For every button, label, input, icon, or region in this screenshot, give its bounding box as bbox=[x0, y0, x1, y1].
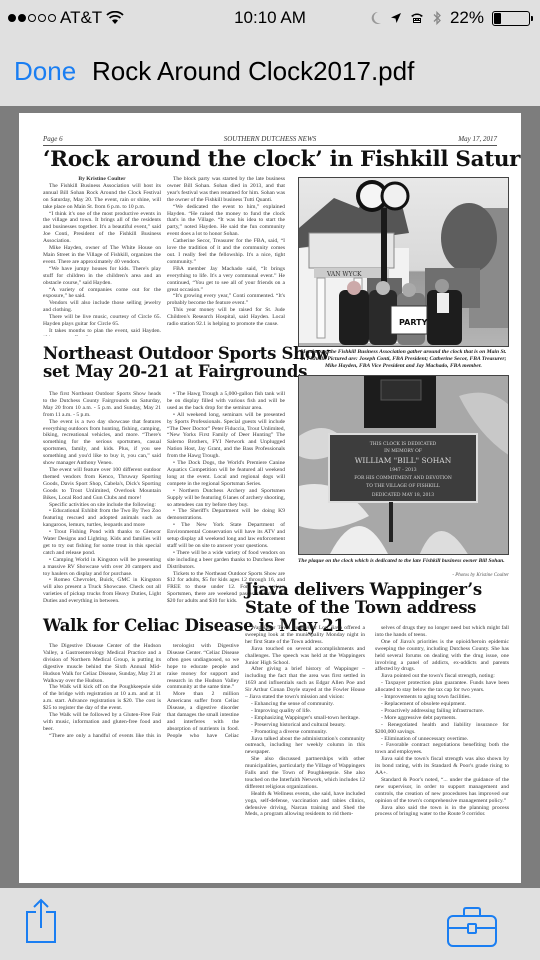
paragraph: One of Jiava's priorities is the opioid/… bbox=[375, 639, 509, 674]
svg-text:TO THE VILLAGE OF FISHKILL: TO THE VILLAGE OF FISHKILL bbox=[366, 483, 440, 489]
clock-photo-image: VAN WYCK PAR bbox=[299, 178, 509, 347]
paragraph: “We dedicated the event to him,” explain… bbox=[167, 204, 285, 239]
headline-line: Jiava delivers Wappinger’s bbox=[245, 581, 482, 599]
battery-percent: 22% bbox=[450, 8, 484, 28]
headline-sports-show: Northeast Outdoor Sports Show set May 20… bbox=[43, 345, 329, 382]
paragraph: - Renegotiated health and liability insu… bbox=[375, 722, 509, 736]
issue-date: May 17, 2017 bbox=[458, 135, 497, 143]
paragraph: More than 2 million Americans suffer fro… bbox=[167, 691, 239, 738]
pdf-viewer[interactable]: Page 6 SOUTHERN DUTCHESS NEWS May 17, 20… bbox=[0, 106, 540, 888]
done-button[interactable]: Done bbox=[14, 56, 76, 87]
svg-text:1947 - 2013: 1947 - 2013 bbox=[389, 467, 416, 473]
paragraph: The Fishkill Business Association will h… bbox=[43, 183, 161, 211]
paragraph: - Taxpayer protection plan guarantee. Fu… bbox=[375, 680, 509, 694]
paragraph: selves of drugs they no longer need but … bbox=[375, 625, 509, 639]
article-jiava-col2: selves of drugs they no longer need but … bbox=[375, 625, 509, 870]
paragraph: - Emphasizing Wappinger's small-town her… bbox=[245, 715, 365, 722]
paragraph: • Educational Exhibit from the Two By Tw… bbox=[43, 508, 161, 529]
plaque-photo-image: THIS CLOCK IS DEDICATED IN MEMORY OF WIL… bbox=[299, 376, 509, 555]
bottom-toolbar bbox=[0, 888, 540, 960]
article-jiava-col1: Wappinger Town Supervisor Lori Jiava off… bbox=[245, 625, 365, 870]
photo-caption-clock: Members of the Fishkill Business Associa… bbox=[298, 349, 509, 369]
paragraph: • There will be a wide variety of food v… bbox=[167, 550, 285, 571]
article-celiac-col1: The Digestive Disease Center of the Huds… bbox=[43, 643, 161, 738]
location-arrow-icon bbox=[390, 12, 402, 24]
paragraph: The event is a two day showcase that fea… bbox=[43, 419, 161, 467]
svg-text:PARTY: PARTY bbox=[399, 318, 428, 327]
paragraph: - Promoting a diverse community. bbox=[245, 729, 365, 736]
tty-icon bbox=[410, 12, 424, 24]
headline-jiava: Jiava delivers Wappinger’s State of the … bbox=[245, 581, 482, 618]
headline-line: State of the Town address bbox=[245, 599, 482, 617]
article-sports-col1: The first Northeast Outdoor Sports Show … bbox=[43, 391, 161, 603]
paragraph: She also discussed partnerships with oth… bbox=[245, 756, 365, 791]
headline-line: Northeast Outdoor Sports Show bbox=[43, 345, 329, 363]
nav-bar: Done Rock Around Clock2017.pdf bbox=[0, 38, 540, 106]
paragraph: The Walk will kick off on the Poughkeeps… bbox=[43, 684, 161, 712]
paragraph: - Improving quality of life. bbox=[245, 708, 365, 715]
headline-line: set May 20-21 at Fairgrounds bbox=[43, 363, 329, 381]
paragraph: • The Hawg Trough a 5,000-gallon fish ta… bbox=[167, 391, 285, 412]
svg-text:THIS CLOCK IS DEDICATED: THIS CLOCK IS DEDICATED bbox=[370, 441, 437, 447]
paragraph: - More aggressive debt payments. bbox=[375, 715, 509, 722]
paragraph: This year money will be raised for St. J… bbox=[167, 307, 285, 328]
paragraph: The Walk will be followed by a Gluten-Fr… bbox=[43, 712, 161, 733]
paragraph: “It's growing every year,” Conti comment… bbox=[167, 293, 285, 307]
paragraph: - Replacement of obsolete equipment. bbox=[375, 701, 509, 708]
paragraph: • Camping World in Kingston will be pres… bbox=[43, 557, 161, 578]
paragraph: - Preserving historical and cultural bea… bbox=[245, 722, 365, 729]
article-celiac-col2: terologist with Digestive Disease Center… bbox=[167, 643, 239, 738]
svg-text:DEDICATED MAY 18, 2013: DEDICATED MAY 18, 2013 bbox=[372, 492, 434, 498]
photo-credit: - Photos by Kristine Coulter bbox=[298, 573, 509, 578]
paragraph: It takes months to plan the event, said … bbox=[43, 328, 161, 336]
paragraph: The Digestive Disease Center of the Huds… bbox=[43, 643, 161, 684]
paragraph: - Enhancing the sense of community. bbox=[245, 701, 365, 708]
svg-text:FOR HIS COMMITMENT AND DEVOTIO: FOR HIS COMMITMENT AND DEVOTION bbox=[354, 475, 452, 481]
paragraph: The first Northeast Outdoor Sports Show … bbox=[43, 391, 161, 419]
paragraph: • All weekend long, seminars will be pre… bbox=[167, 412, 285, 460]
paragraph: “There are only a handful of events like… bbox=[43, 733, 161, 738]
photo-caption-plaque: The plaque on the clock which is dedicat… bbox=[298, 558, 509, 565]
paragraph: • The Dock Dogs, the World's Premiere Ca… bbox=[167, 460, 285, 488]
tools-button[interactable] bbox=[446, 906, 498, 953]
photo-clock-group: VAN WYCK PAR bbox=[298, 177, 509, 347]
moon-icon bbox=[370, 11, 382, 25]
document-title: Rock Around Clock2017.pdf bbox=[92, 56, 414, 87]
status-right: 22% bbox=[370, 8, 530, 28]
paragraph: Jiava talked about the administration's … bbox=[245, 736, 365, 757]
bluetooth-icon bbox=[432, 10, 442, 26]
paragraph: Standard & Poor's noted, “... under the … bbox=[375, 777, 509, 805]
paragraph: “I think it's one of the most productive… bbox=[43, 211, 161, 246]
paragraph: • The Sheriff's Department will be doing… bbox=[167, 508, 285, 522]
paragraph: - Proactively addressing failing infrast… bbox=[375, 708, 509, 715]
share-button[interactable] bbox=[24, 898, 58, 949]
svg-text:WILLIAM "BILL" SOHAN: WILLIAM "BILL" SOHAN bbox=[355, 456, 452, 465]
paragraph: Jiava said the town's fiscal strength wa… bbox=[375, 756, 509, 777]
paragraph: • The New York State Department of Envir… bbox=[167, 522, 285, 550]
running-header: Page 6 SOUTHERN DUTCHESS NEWS May 17, 20… bbox=[43, 135, 497, 146]
paragraph: FBA member Jay Machado said, “It brings … bbox=[167, 266, 285, 294]
paragraph: • Northern Dutchess Archery and Sportsme… bbox=[167, 488, 285, 509]
paragraph: “We have jumpy houses for kids. There's … bbox=[43, 266, 161, 287]
paragraph: • Trout Fishing Pond with thanks to Glen… bbox=[43, 529, 161, 557]
photo-plaque: THIS CLOCK IS DEDICATED IN MEMORY OF WIL… bbox=[298, 375, 509, 555]
paragraph: “A variety of companies come out for the… bbox=[43, 287, 161, 301]
paragraph: terologist with Digestive Disease Center… bbox=[167, 643, 239, 691]
paragraph: Jiava also said the town is in the plann… bbox=[375, 805, 509, 819]
battery-icon bbox=[492, 11, 530, 26]
paragraph: Jiava pointed out the town's fiscal stre… bbox=[375, 673, 509, 680]
paragraph: Wappinger Town Supervisor Lori Jiava off… bbox=[245, 625, 365, 646]
paragraph: - Favorable contract negotiations benefi… bbox=[375, 742, 509, 756]
pdf-page: Page 6 SOUTHERN DUTCHESS NEWS May 17, 20… bbox=[19, 113, 521, 883]
paragraph: Mike Hayden, owner of The White House on… bbox=[43, 245, 161, 266]
paragraph: - Improvements to aging town facilities. bbox=[375, 694, 509, 701]
paragraph: After giving a brief history of Wappinge… bbox=[245, 666, 365, 701]
paragraph: There will be live music, courtesy of Ci… bbox=[43, 314, 161, 328]
paragraph: The event will feature over 100 differen… bbox=[43, 467, 161, 502]
byline: By Kristine Coulter bbox=[43, 176, 161, 183]
paragraph: • Romeo Chevrolet, Buick, GMC in Kingsto… bbox=[43, 577, 161, 603]
article-rock-col2: The block party was started by the late … bbox=[167, 176, 285, 336]
paragraph: Jiava touched on several accomplishments… bbox=[245, 646, 365, 667]
publication-name: SOUTHERN DUTCHESS NEWS bbox=[43, 135, 497, 143]
headline-rock-around-the-clock: ‘Rock around the clock’ in Fishkill Satu… bbox=[43, 148, 521, 172]
paragraph: The block party was started by the late … bbox=[167, 176, 285, 204]
svg-text:IN MEMORY OF: IN MEMORY OF bbox=[384, 448, 422, 454]
paragraph: Vendors will also include those selling … bbox=[43, 300, 161, 314]
svg-text:VAN WYCK: VAN WYCK bbox=[326, 271, 362, 278]
paragraph: Catherine Secor, Treasurer for the FBA, … bbox=[167, 238, 285, 266]
paragraph: Health & Wellness events, she said, have… bbox=[245, 791, 365, 819]
share-icon bbox=[24, 898, 58, 944]
article-sports-col2: • The Hawg Trough a 5,000-gallon fish ta… bbox=[167, 391, 285, 603]
article-rock-col1: By Kristine Coulter The Fishkill Busines… bbox=[43, 176, 161, 336]
toolbox-icon bbox=[446, 906, 498, 948]
status-bar: AT&T 10:10 AM 22% bbox=[0, 0, 540, 38]
